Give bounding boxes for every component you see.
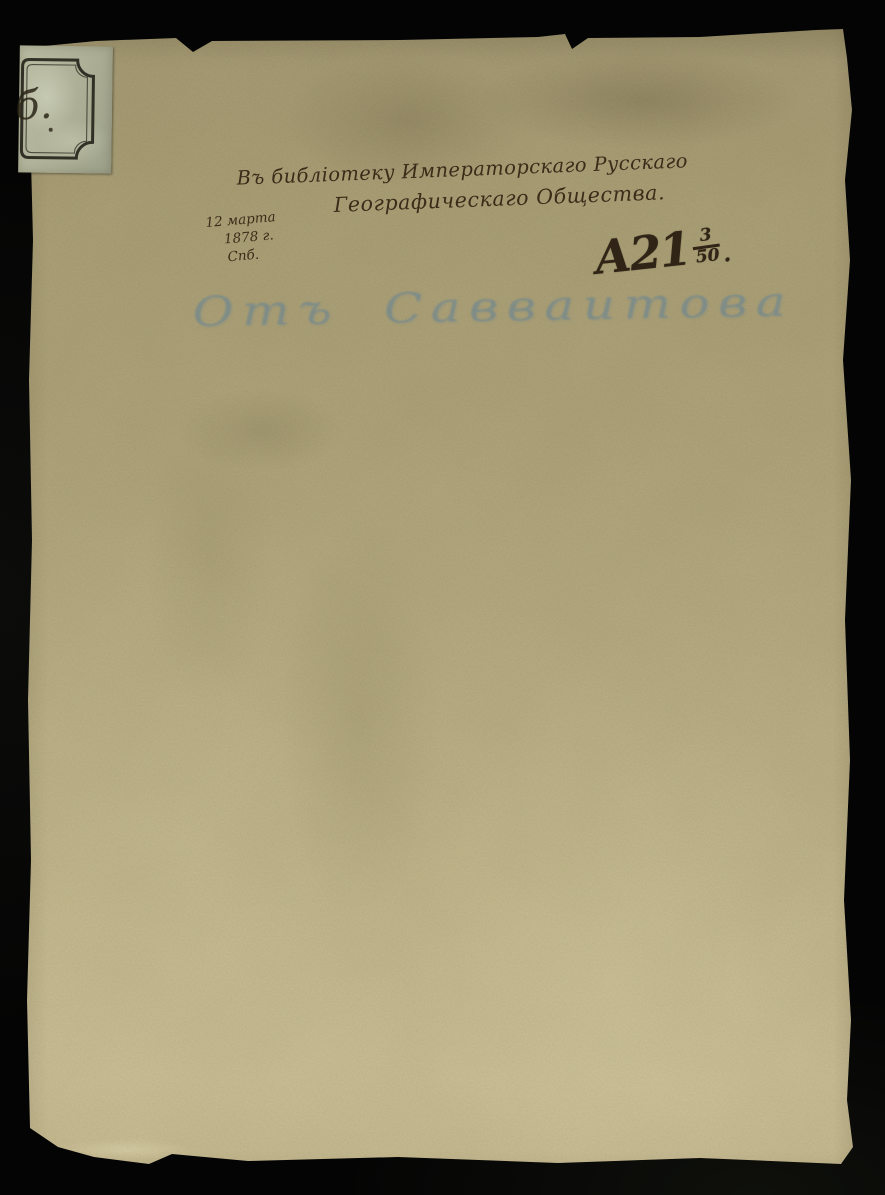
shelfmark-prefix: А21 (592, 221, 693, 285)
shelfmark-fraction-numerator: 3 (699, 227, 713, 245)
bookplate-partial-inscription: б. (14, 85, 53, 127)
shelfmark-fraction-denominator: 50 (695, 247, 720, 266)
shelfmark-fraction: 3 50 (691, 226, 722, 267)
manuscript-cover-page: Въ библіотеку Императорскаго Русскаго Ге… (0, 0, 885, 1195)
library-bookplate-label: б. (18, 45, 113, 173)
date-inscription: 12 марта 1878 г. Спб. (205, 208, 280, 268)
bookplate-ink-dot (49, 128, 53, 132)
